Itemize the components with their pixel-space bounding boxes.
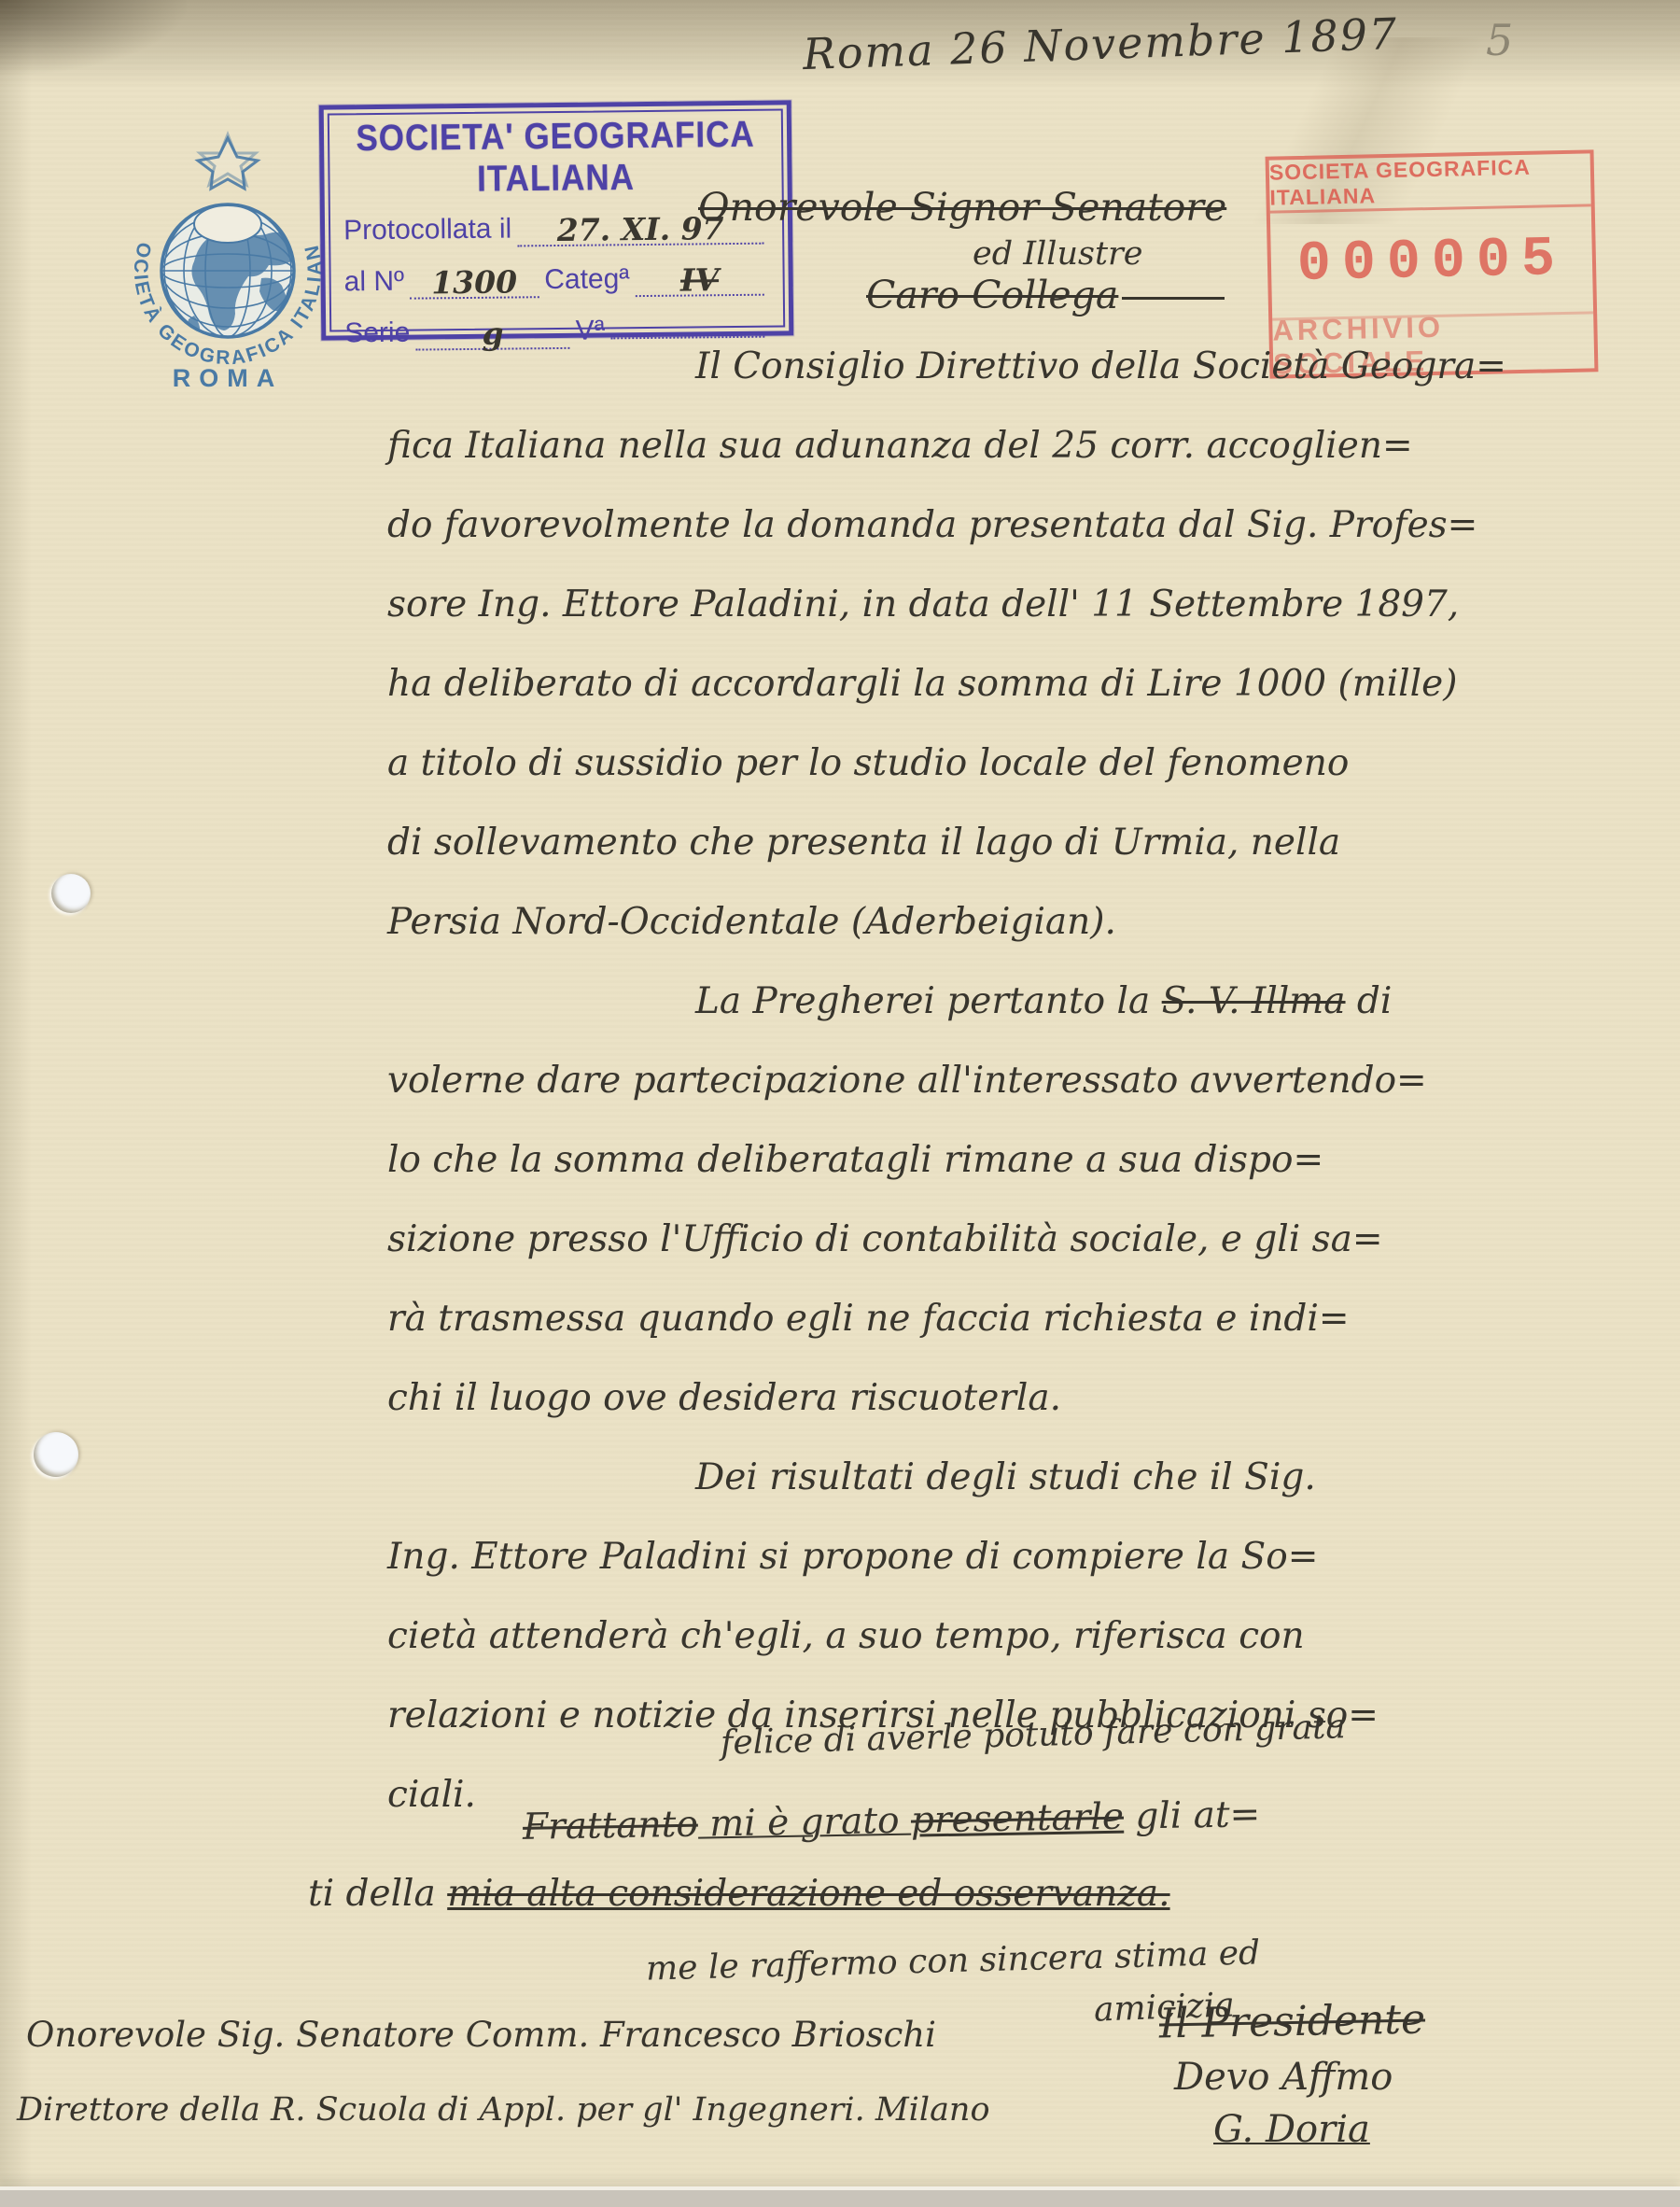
addressee-title-line: Direttore della R. Scuola di Appl. per g… (17, 2091, 990, 2129)
body-line-with-correction: La Pregherei pertanto la S. V. Illma di (387, 962, 1629, 1041)
tidella-struck: mia alta considerazione ed osservanza. (447, 1873, 1169, 1915)
frattanto-underlined: mi è grato (697, 1800, 911, 1846)
scan-bottom-edge (0, 2186, 1680, 2207)
body-line: do favorevolmente la domanda presentata … (387, 485, 1629, 565)
star-icon (198, 134, 258, 189)
protocol-category-value: IV (680, 261, 719, 298)
body-line: rà trasmessa quando egli ne faccia richi… (387, 1279, 1629, 1358)
body-line: volerne dare partecipazione all'interess… (387, 1041, 1629, 1120)
closing-insert-raffermo: me le raffermo con sincera stima ed (646, 1933, 1261, 1988)
body-line: Il Consiglio Direttivo della Società Geo… (387, 327, 1629, 406)
globe-star-emblem: SOCIETÀ GEOGRAFICA ITALIANA ROMA (105, 119, 347, 400)
body-line-pre: La Pregherei pertanto la (695, 980, 1162, 1022)
body-line: sizione presso l'Ufficio di contabilità … (387, 1200, 1629, 1279)
salutation-struck-line2: Caro Collega (866, 273, 1225, 317)
body-line: lo che la somma deliberatagli rimane a s… (387, 1120, 1629, 1200)
body-line: a titolo di sussidio per lo studio local… (387, 724, 1629, 803)
globe-polar-oval (194, 205, 261, 243)
scanned-letter-page: Roma 26 Novembre 1897 5 (0, 0, 1680, 2207)
punch-hole (34, 1432, 78, 1477)
letter-body: Il Consiglio Direttivo della Società Geo… (387, 327, 1629, 1834)
protocol-label-number: al Nº (344, 266, 405, 299)
protocol-number-line: 1300 (410, 260, 539, 299)
signature-closing: Devo Affmo (1174, 2056, 1393, 2099)
body-line: ha deliberato di accordargli la somma di… (387, 644, 1629, 724)
logo-city-text: ROMA (173, 364, 284, 392)
body-line: Persia Nord-Occidentale (Aderbeigian). (387, 882, 1629, 962)
protocol-row-number: al Nº 1300 Categª IV (343, 258, 769, 301)
body-line: di sollevamento che presenta il lago di … (387, 803, 1629, 882)
body-line-post: di (1346, 980, 1393, 1022)
protocol-label-category: Categª (544, 263, 630, 296)
signature-name: G. Doria (1213, 2108, 1370, 2151)
salutation-struck-line: Onorevole Signor Senatore (698, 185, 1226, 230)
archive-stamp-number: 000005 (1270, 206, 1593, 317)
punch-hole (51, 874, 91, 913)
society-logo: SOCIETÀ GEOGRAFICA ITALIANA ROMA (105, 119, 347, 400)
frattanto-struck: Frattanto (523, 1804, 699, 1849)
body-line: cietà attenderà ch'egli, a suo tempo, ri… (387, 1596, 1629, 1676)
protocol-number-value: 1300 (431, 263, 517, 301)
body-line: sore Ing. Ettore Paladini, in data dell'… (387, 565, 1629, 644)
protocol-label-date: Protocollata il (343, 214, 511, 247)
protocol-category-line: IV (635, 258, 764, 297)
closing-insert-amicizia: amicizia (1093, 1986, 1235, 2029)
body-line: Ing. Ettore Paladini si propone di compi… (387, 1517, 1629, 1596)
archive-stamp-title: SOCIETA GEOGRAFICA ITALIANA (1269, 153, 1591, 213)
closing-struck-tidella: ti della mia alta considerazione ed osse… (308, 1873, 1170, 1915)
body-line: Dei risultati degli studi che il Sig. (387, 1438, 1629, 1517)
pencil-page-number: 5 (1486, 15, 1513, 65)
frattanto-struck2: presentarle (911, 1796, 1125, 1842)
body-line: fica Italiana nella sua adunanza del 25 … (387, 406, 1629, 485)
scan-left-shadow (0, 0, 32, 2207)
tidella-pre: ti della (308, 1873, 447, 1915)
body-line: chi il luogo ove desidera riscuoterla. (387, 1358, 1629, 1438)
frattanto-tail: gli at= (1124, 1793, 1261, 1838)
body-line-struck: S. V. Illma (1162, 980, 1346, 1022)
salutation-insert: ed Illustre (973, 235, 1142, 273)
addressee-name-line: Onorevole Sig. Senatore Comm. Francesco … (26, 2015, 936, 2055)
